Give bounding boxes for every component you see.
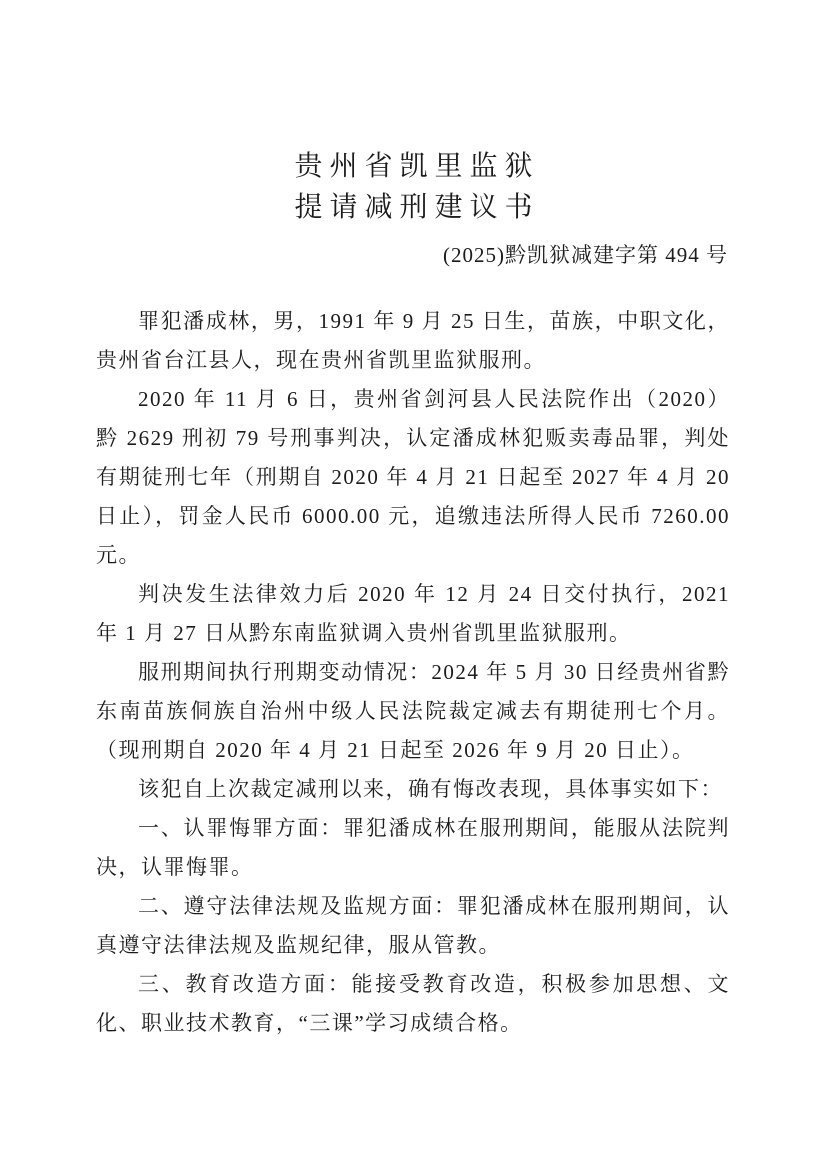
title-line-2: 提请减刑建议书 xyxy=(0,187,827,228)
title-line-1: 贵州省凯里监狱 xyxy=(0,146,827,187)
paragraph-judgment: 2020 年 11 月 6 日，贵州省剑河县人民法院作出（2020）黔 2629… xyxy=(96,380,730,575)
document-page: 贵州省凯里监狱 提请减刑建议书 (2025)黔凯狱减建字第 494 号 罪犯潘成… xyxy=(0,0,827,1169)
paragraph-item-1-confession: 一、认罪悔罪方面：罪犯潘成林在服刑期间，能服从法院判决，认罪悔罪。 xyxy=(96,809,730,887)
document-body: 罪犯潘成林，男，1991 年 9 月 25 日生，苗族，中职文化，贵州省台江县人… xyxy=(96,302,730,1043)
paragraph-basic-info: 罪犯潘成林，男，1991 年 9 月 25 日生，苗族，中职文化，贵州省台江县人… xyxy=(96,302,730,380)
paragraph-term-change: 服刑期间执行刑期变动情况：2024 年 5 月 30 日经贵州省黔东南苗族侗族自… xyxy=(96,653,730,770)
paragraph-item-3-education: 三、教育改造方面：能接受教育改造，积极参加思想、文化、职业技术教育，“三课”学习… xyxy=(96,965,730,1043)
paragraph-execution: 判决发生法律效力后 2020 年 12 月 24 日交付执行，2021 年 1 … xyxy=(96,575,730,653)
paragraph-facts-intro: 该犯自上次裁定减刑以来，确有悔改表现，具体事实如下： xyxy=(96,770,730,809)
document-number: (2025)黔凯狱减建字第 494 号 xyxy=(0,240,827,270)
document-title: 贵州省凯里监狱 提请减刑建议书 xyxy=(0,0,827,228)
paragraph-item-2-discipline: 二、遵守法律法规及监规方面：罪犯潘成林在服刑期间，认真遵守法律法规及监规纪律，服… xyxy=(96,887,730,965)
